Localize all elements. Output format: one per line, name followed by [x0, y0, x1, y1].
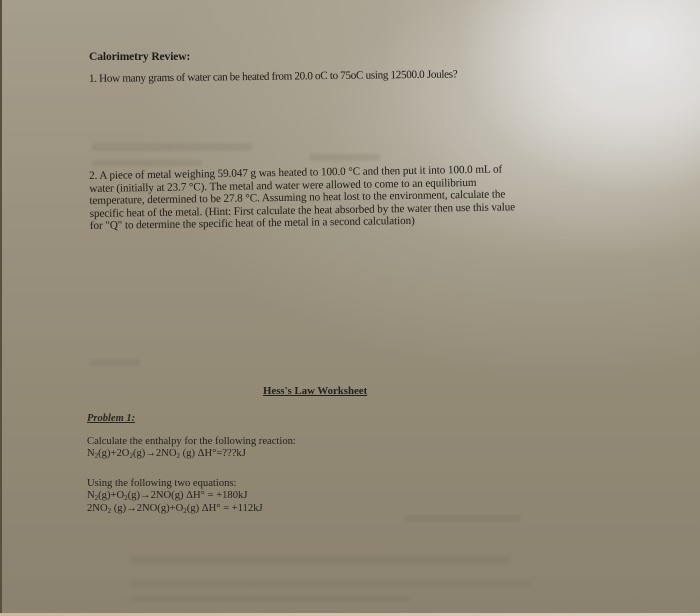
bleed-through-mark [310, 154, 380, 161]
equation-1: N2(g)+O2(g)→2NO(g) ΔH° = +180kJ [87, 490, 263, 502]
bleed-through-mark [130, 580, 530, 587]
eq-part: N [87, 448, 95, 459]
question-2: 2. A piece of metal weighing 59.047 g wa… [89, 163, 515, 233]
bleed-through-mark [92, 143, 252, 151]
target-reaction: N2(g)+2O2(g)→2NO2 (g) ΔH°=???kJ [87, 448, 296, 460]
enthalpy-prompt-block: Calculate the enthalpy for the following… [87, 436, 296, 461]
bleed-through-mark [92, 160, 202, 166]
bleed-through-mark [90, 359, 140, 366]
eq-part: (g) ΔH° = +112kJ [187, 503, 263, 514]
eq-part: N [87, 490, 95, 501]
eq-part: (g)+2O [98, 448, 129, 459]
paper-left-edge [0, 0, 2, 616]
hess-law-title: Hess's Law Worksheet [263, 385, 367, 397]
eq-part: (g)+O [98, 490, 124, 501]
calorimetry-title: Calorimetry Review: [89, 51, 190, 63]
bleed-through-mark [130, 556, 510, 564]
eq-part: (g)→2NO(g)+O [111, 503, 183, 514]
bleed-through-mark [130, 596, 410, 602]
enthalpy-prompt: Calculate the enthalpy for the following… [87, 436, 296, 448]
eq-part: (g)→2NO(g) ΔH° = +180kJ [128, 490, 248, 501]
problem-label: Problem 1: [87, 413, 135, 424]
eq-part: (g) ΔH°=???kJ [180, 448, 246, 459]
using-label: Using the following two equations: [87, 478, 263, 490]
worksheet-paper-background [0, 0, 700, 616]
eq-part: (g)→2NO [133, 448, 177, 459]
given-equations-block: Using the following two equations: N2(g)… [87, 478, 263, 515]
eq-part: 2NO [87, 503, 108, 514]
bleed-through-mark [405, 515, 520, 522]
equation-2: 2NO2 (g)→2NO(g)+O2(g) ΔH° = +112kJ [87, 503, 263, 515]
